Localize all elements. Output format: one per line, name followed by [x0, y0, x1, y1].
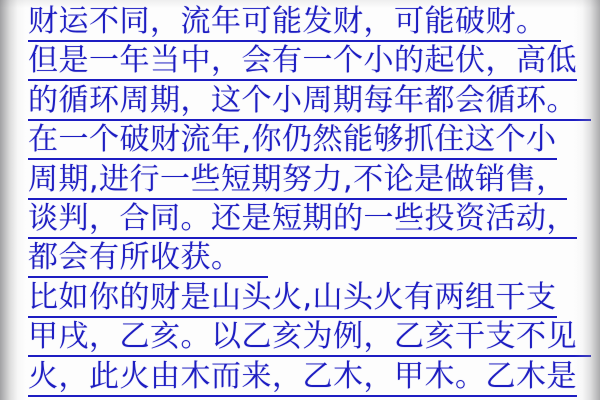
text-line: 甲戌，乙亥。以乙亥为例，乙亥干支不见	[28, 320, 588, 359]
text-line-content: 火，此火由木而来，乙木，甲木。乙木是	[28, 360, 577, 397]
text-line: 的循环周期，这个小周期每年都会循环。	[28, 84, 588, 123]
text-line: 但是一年当中，会有一个小的起伏，高低	[28, 44, 588, 83]
text-line-content: 在一个破财流年,你仍然能够抓住这个小	[28, 123, 557, 160]
text-line-content: 比如你的财是山头火,山头火有两组干支	[28, 281, 557, 318]
text-line-content: 的循环周期，这个小周期每年都会循环。	[28, 84, 591, 121]
text-line-content: 都会有所收获。	[28, 241, 268, 278]
text-line: 在一个破财流年,你仍然能够抓住这个小	[28, 123, 588, 162]
text-line: 都会有所收获。	[28, 241, 588, 280]
text-line: 谈判，合同。还是短期的一些投资活动，	[28, 202, 588, 241]
text-line: 火，此火由木而来，乙木，甲木。乙木是	[28, 360, 588, 399]
document-page: 财运不同，流年可能发财，可能破财。 但是一年当中，会有一个小的起伏，高低 的循环…	[0, 0, 600, 400]
text-line: 比如你的财是山头火,山头火有两组干支	[28, 281, 588, 320]
text-line-content: 财运不同，流年可能发财，可能破财。	[28, 5, 561, 42]
text-line: 财运不同，流年可能发财，可能破财。	[28, 5, 588, 44]
page-left-shadow	[0, 0, 26, 400]
text-line-content: 周期,进行一些短期努力,不论是做销售，	[28, 163, 567, 200]
text-line: 周期,进行一些短期努力,不论是做销售，	[28, 163, 588, 202]
text-line-content: 但是一年当中，会有一个小的起伏，高低	[28, 44, 577, 81]
text-line-content: 甲戌，乙亥。以乙亥为例，乙亥干支不见	[28, 320, 591, 357]
body-text: 财运不同，流年可能发财，可能破财。 但是一年当中，会有一个小的起伏，高低 的循环…	[28, 5, 588, 399]
text-line-content: 谈判，合同。还是短期的一些投资活动，	[28, 202, 577, 239]
